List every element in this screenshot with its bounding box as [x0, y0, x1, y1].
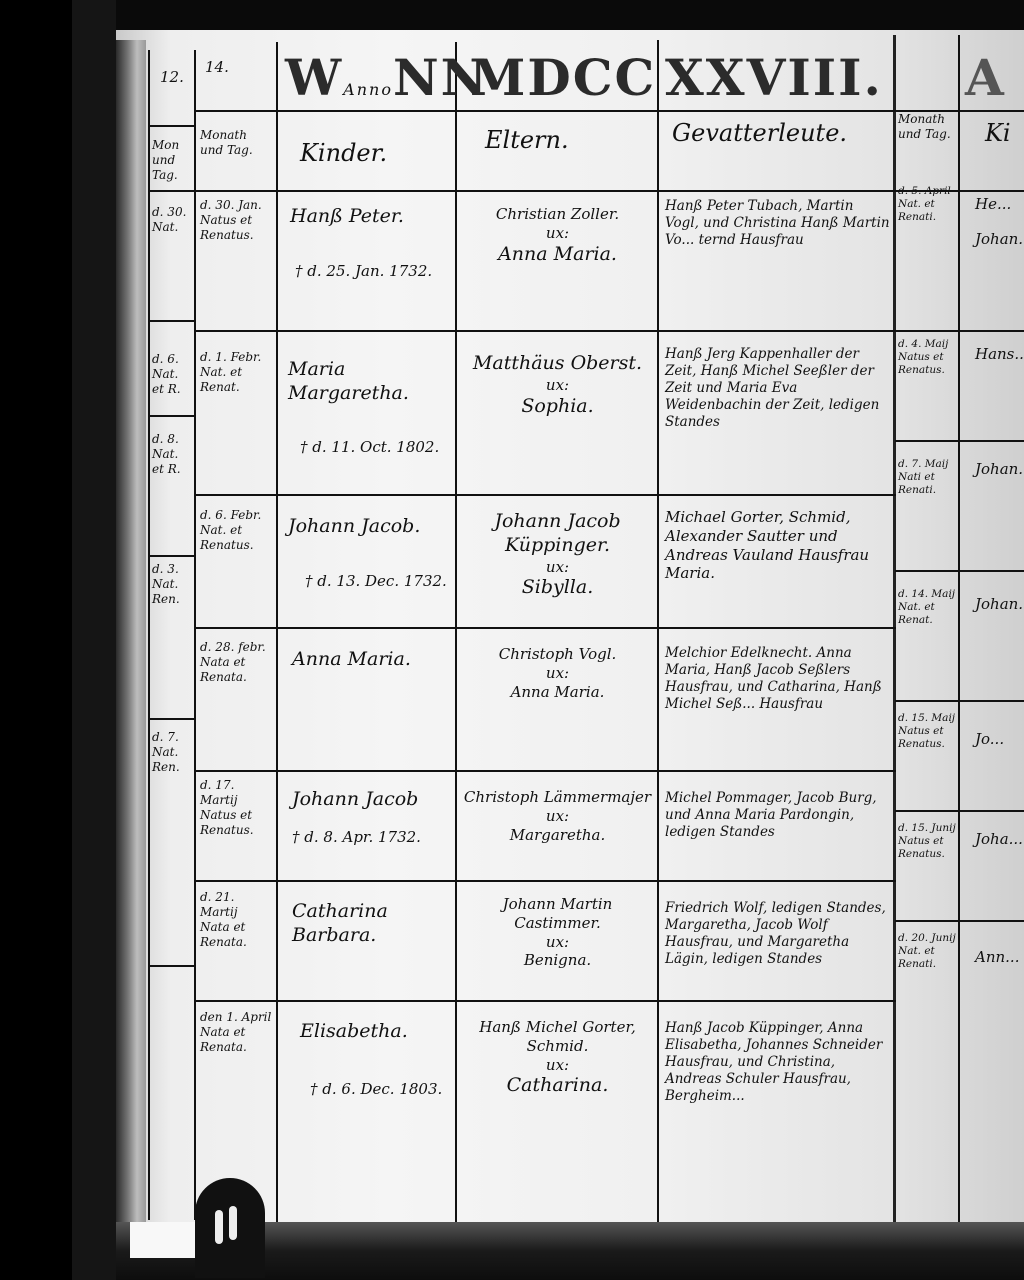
next-entry-date: d. 20. JunijNat. et Renati.	[898, 932, 956, 971]
rule-horizontal	[196, 770, 896, 772]
child-name: Johann Jacob.	[288, 515, 453, 539]
rule-horizontal	[895, 330, 1024, 332]
child-death-note: † d. 8. Apr. 1732.	[292, 828, 421, 847]
entry-date: den 1. AprilNata et Renata.	[200, 1010, 274, 1055]
margin-entry: d. 6.Nat. et R.	[152, 352, 194, 397]
rule-horizontal	[196, 1000, 896, 1002]
parents-block: Johann Jacob Küppinger.ux:Sibylla.	[460, 510, 655, 600]
margin-entry: d. 30.Nat.	[152, 205, 194, 235]
rule-horizontal	[196, 627, 896, 629]
parents-block: Hanß Michel Gorter, Schmid.ux:Catharina.	[460, 1018, 655, 1098]
margin-entry: d. 3.Nat. Ren.	[152, 562, 194, 607]
scanner-frame-band	[72, 0, 116, 1280]
page-corner-tab	[130, 1222, 200, 1258]
rule-vertical	[194, 50, 196, 1220]
child-death-note: † d. 25. Jan. 1732.	[295, 262, 432, 281]
clip-hole	[215, 1210, 223, 1244]
col-header-godparents: Gevatterleute.	[672, 118, 847, 148]
next-entry-date: d. 15. MaijNatus et Renatus.	[898, 712, 956, 751]
rule-horizontal	[148, 415, 196, 417]
godparents-text: Hanß Peter Tubach, Martin Vogl, und Chri…	[665, 198, 890, 249]
col-header-month-day: Monath und Tag.	[200, 128, 272, 158]
next-col-header-month-day: Monath und Tag.	[898, 112, 956, 142]
child-name: Johann Jacob	[292, 788, 452, 812]
entry-date: d. 1. Febr.Nat. et Renat.	[200, 350, 274, 395]
next-col-header-children: Ki	[985, 118, 1011, 148]
child-name: Catharina Barbara.	[292, 900, 452, 948]
margin-entry: d. 7.Nat. Ren.	[152, 730, 194, 775]
year-heading-xxviii: XXVIII.	[665, 48, 883, 107]
child-death-note: † d. 11. Oct. 1802.	[300, 438, 439, 457]
rule-horizontal	[148, 555, 196, 557]
rule-horizontal	[895, 700, 1024, 702]
child-name: Maria Margaretha.	[288, 358, 453, 406]
rule-horizontal	[196, 880, 896, 882]
parents-block: Christoph Vogl.ux:Anna Maria.	[460, 645, 655, 701]
parents-block: Matthäus Oberst.ux:Sophia.	[460, 352, 655, 418]
godparents-text: Hanß Jerg Kappenhaller der Zeit, Hanß Mi…	[665, 346, 890, 430]
next-entry-date: d. 7. MaijNati et Renati.	[898, 458, 956, 497]
godparents-text: Michel Pommager, Jacob Burg, und Anna Ma…	[665, 790, 890, 841]
rule-horizontal	[196, 330, 896, 332]
rule-vertical	[958, 35, 960, 1225]
year-heading-anno: WAnnoNN	[285, 48, 488, 107]
rule-horizontal	[196, 494, 896, 496]
next-page-heading: A	[965, 48, 1006, 107]
next-entry-name: He...	[975, 195, 1011, 214]
entry-date: d. 17. MartijNatus et Renatus.	[200, 778, 274, 838]
clip-hole	[229, 1206, 237, 1240]
child-name: Elisabetha.	[300, 1020, 455, 1044]
next-entry-date: d. 4. MaijNatus et Renatus.	[898, 338, 956, 377]
next-entry-name: Johan...	[975, 595, 1024, 614]
next-entry-name: Johan...	[975, 230, 1024, 249]
child-death-note: † d. 13. Dec. 1732.	[305, 572, 447, 591]
godparents-text: Melchior Edelknecht. Anna Maria, Hanß Ja…	[665, 645, 890, 713]
col-header-parents: Eltern.	[485, 125, 569, 155]
parents-block: Christian Zoller.ux:Anna Maria.	[460, 205, 655, 266]
rule-vertical	[276, 42, 278, 1222]
page-number: 14.	[205, 58, 229, 77]
col-header-margin: Mon und Tag.	[152, 138, 194, 183]
rule-horizontal	[148, 125, 196, 127]
rule-vertical	[148, 50, 150, 1220]
left-margin-number: 12.	[160, 68, 184, 87]
binder-clip	[195, 1178, 265, 1278]
rule-horizontal	[895, 570, 1024, 572]
rule-horizontal	[148, 320, 196, 322]
next-entry-name: Joha...	[975, 830, 1023, 849]
next-entry-date: d. 15. JunijNatus et Renatus.	[898, 822, 956, 861]
rule-horizontal	[148, 718, 196, 720]
rule-horizontal	[148, 965, 196, 967]
rule-horizontal	[895, 920, 1024, 922]
entry-date: d. 21. MartijNata et Renata.	[200, 890, 274, 950]
next-entry-name: Johan...	[975, 460, 1024, 479]
child-name: Hanß Peter.	[290, 205, 450, 229]
parents-block: Christoph Lämmermajerux:Margaretha.	[460, 788, 655, 844]
book-spine	[116, 40, 146, 1230]
parents-block: Johann Martin Castimmer.ux:Benigna.	[460, 895, 655, 970]
next-entry-date: d. 14. MaijNat. et Renat.	[898, 588, 956, 627]
next-entry-name: Ann...	[975, 948, 1019, 967]
next-entry-date: d. 5. AprilNat. et Renati.	[898, 185, 956, 224]
rule-horizontal	[148, 190, 1024, 192]
entry-date: d. 6. Febr.Nat. et Renatus.	[200, 508, 274, 553]
margin-entry: d. 8.Nat. et R.	[152, 432, 194, 477]
entry-date: d. 30. Jan.Natus et Renatus.	[200, 198, 274, 243]
year-heading-mdcc: MDCC	[470, 48, 656, 107]
anno-word: Anno	[343, 80, 393, 99]
next-entry-name: Hans...	[975, 345, 1024, 364]
rule-vertical	[455, 42, 457, 1222]
col-header-children: Kinder.	[300, 138, 387, 168]
rule-vertical	[893, 35, 896, 1225]
child-name: Anna Maria.	[292, 648, 452, 672]
godparents-text: Hanß Jacob Küppinger, Anna Elisabetha, J…	[665, 1020, 890, 1104]
rule-horizontal	[895, 810, 1024, 812]
godparents-text: Friedrich Wolf, ledigen Standes, Margare…	[665, 900, 890, 968]
godparents-text: Michael Gorter, Schmid, Alexander Sautte…	[665, 508, 890, 583]
scanner-frame-left	[0, 0, 72, 1280]
child-death-note: † d. 6. Dec. 1803.	[310, 1080, 442, 1099]
rule-vertical	[657, 40, 659, 1222]
rule-horizontal	[895, 440, 1024, 442]
next-entry-name: Jo...	[975, 730, 1004, 749]
entry-date: d. 28. febr.Nata et Renata.	[200, 640, 274, 685]
